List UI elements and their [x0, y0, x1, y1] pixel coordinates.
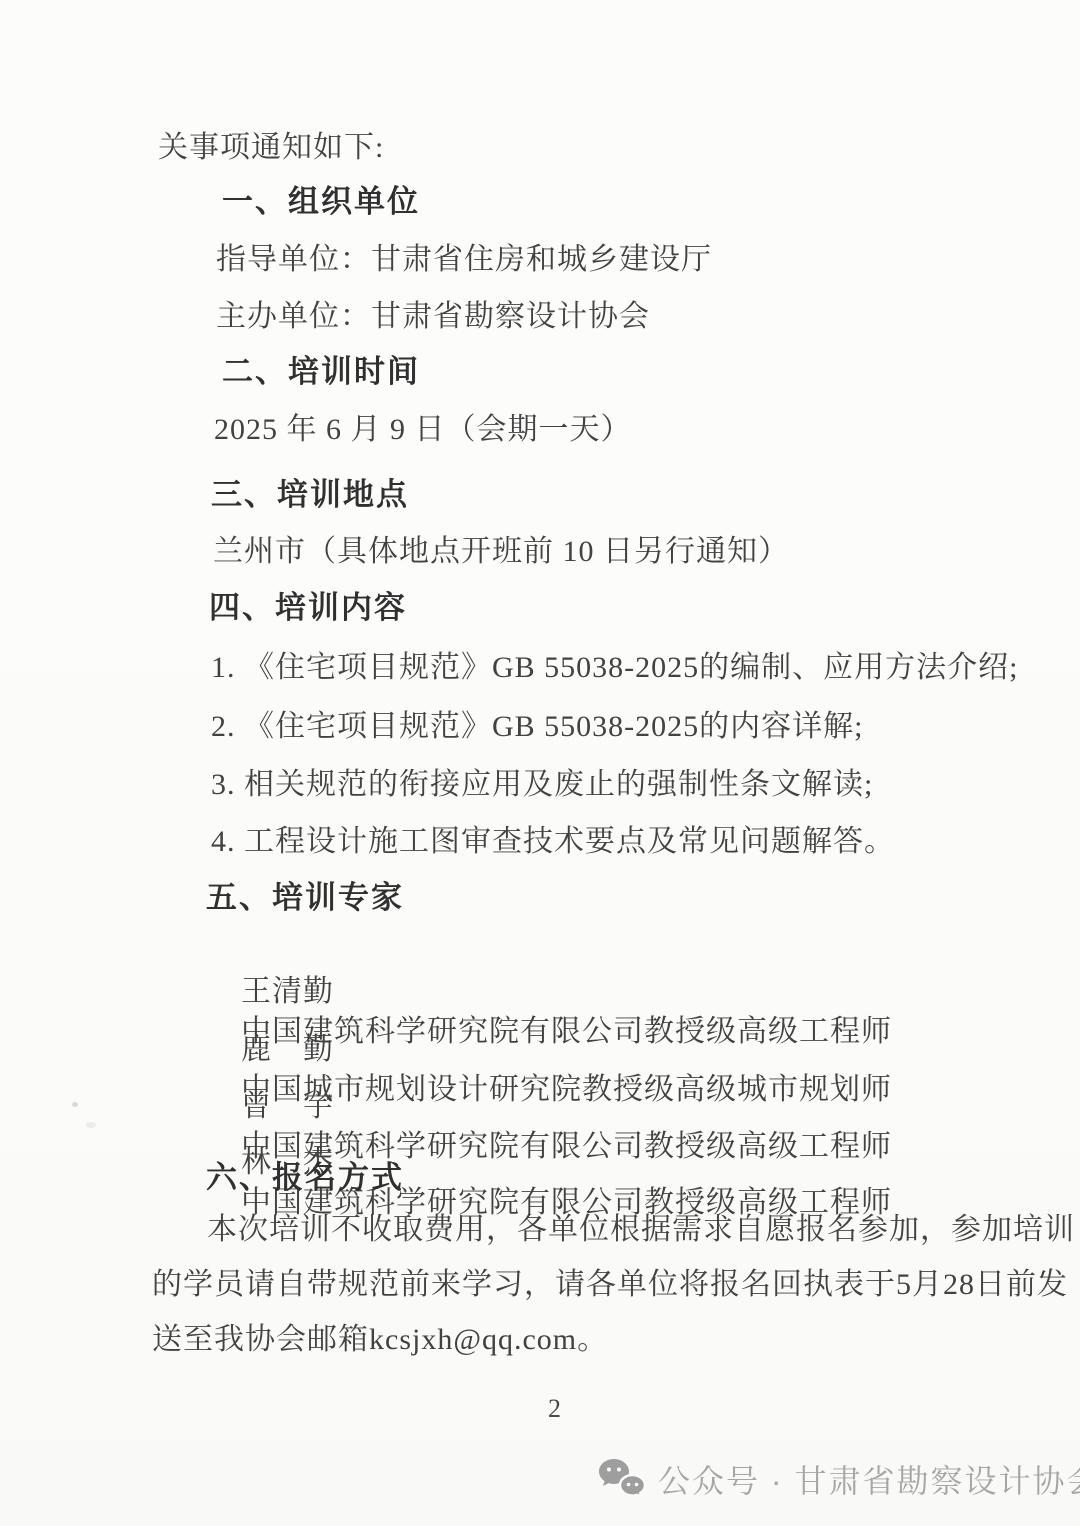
training-location-line: 兰州市（具体地点开班前 10 日另行通知）: [213, 532, 789, 572]
section-4-heading: 四、培训内容: [209, 588, 407, 628]
watermark-text: 公众号 · 甘肃省勘察设计协会: [658, 1456, 1080, 1502]
intro-line: 关事项通知如下:: [158, 128, 384, 168]
wechat-icon: [598, 1458, 646, 1500]
registration-paragraph-line-3: 送至我协会邮箱kcsjxh@qq.com。: [152, 1320, 608, 1360]
content-item-3: 3. 相关规范的衔接应用及废止的强制性条文解读;: [211, 765, 873, 805]
section-5-heading: 五、培训专家: [206, 878, 404, 918]
host-unit-line: 主办单位：甘肃省勘察设计协会: [216, 297, 650, 337]
registration-paragraph-line-2: 的学员请自带规范前来学习，请各单位将报名回执表于5月28日前发: [152, 1265, 1068, 1305]
page-number: 2: [548, 1394, 561, 1424]
guiding-unit-line: 指导单位：甘肃省住房和城乡建设厅: [216, 240, 712, 280]
section-1-heading: 一、组织单位: [222, 182, 420, 222]
wechat-watermark: 公众号 · 甘肃省勘察设计协会: [598, 1456, 1080, 1502]
scan-artifact: [72, 1102, 78, 1107]
section-6-heading: 六、报名方式: [206, 1158, 404, 1198]
scanned-notice-page: 关事项通知如下: 一、组织单位 指导单位：甘肃省住房和城乡建设厅 主办单位：甘肃…: [0, 0, 1080, 1526]
scan-artifact: [86, 1122, 96, 1128]
registration-paragraph-line-1: 本次培训不收取费用，各单位根据需求自愿报名参加，参加培训: [207, 1210, 1075, 1250]
content-item-2: 2. 《住宅项目规范》GB 55038-2025的内容详解;: [211, 707, 864, 747]
section-3-heading: 三、培训地点: [211, 475, 409, 515]
content-item-4: 4. 工程设计施工图审查技术要点及常见问题解答。: [211, 822, 895, 862]
content-item-1: 1. 《住宅项目规范》GB 55038-2025的编制、应用方法介绍;: [211, 648, 1019, 688]
section-2-heading: 二、培训时间: [222, 352, 420, 392]
training-date-line: 2025 年 6 月 9 日（会期一天）: [214, 410, 632, 450]
